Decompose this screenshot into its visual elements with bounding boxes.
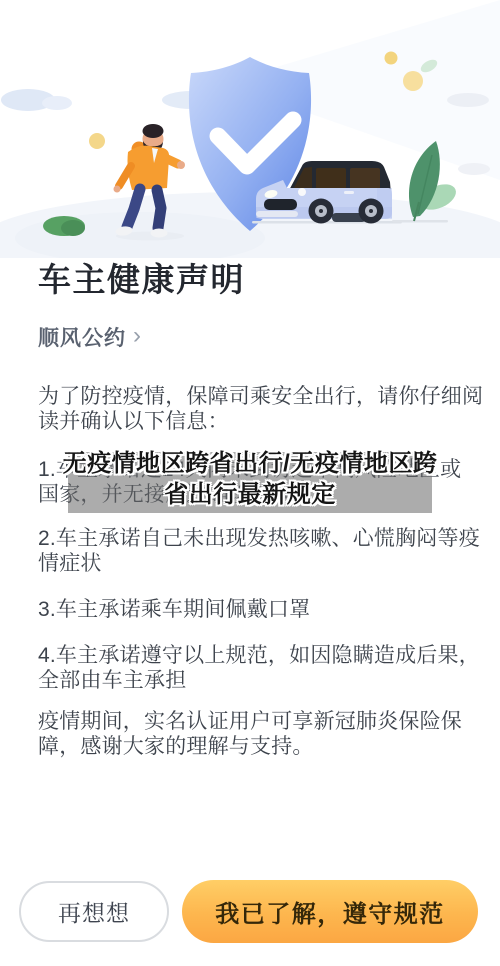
think-again-button[interactable]: 再想想 xyxy=(19,881,169,942)
pledge-item-4: 4.车主承诺遵守以上规范，如因隐瞒造成后果，全部由车主承担 xyxy=(38,643,470,693)
pledge-item-3: 3.车主承诺乘车期间佩戴口罩 xyxy=(38,597,470,622)
pledge-item-2: 2.车主承诺自己未出现发热咳嗽、心慌胸闷等疫情症状 xyxy=(38,526,470,576)
driver-health-declaration-screen: { "header": { "title": "车主健康声明" }, "pact… xyxy=(0,0,500,966)
hitch-pact-label: 顺风公约 xyxy=(38,322,126,352)
page-title: 车主健康声明 xyxy=(38,258,245,302)
hitch-pact-link[interactable]: 顺风公约 › xyxy=(38,322,141,352)
green-mound xyxy=(43,216,85,236)
health-declaration-illustration xyxy=(0,0,500,258)
agree-follow-rules-button[interactable]: 我已了解，遵守规范 xyxy=(182,880,478,943)
chevron-right-icon: › xyxy=(133,324,141,348)
watermark-text: 无疫情地区跨省出行/无疫情地区跨省出行最新规定 xyxy=(0,448,500,510)
intro-paragraph: 为了防控疫情，保障司乘安全出行，请你仔细阅读并确认以下信息： xyxy=(38,384,470,434)
insurance-notice: 疫情期间，实名认证用户可享新冠肺炎保险保障，感谢大家的理解与支持。 xyxy=(38,709,470,759)
